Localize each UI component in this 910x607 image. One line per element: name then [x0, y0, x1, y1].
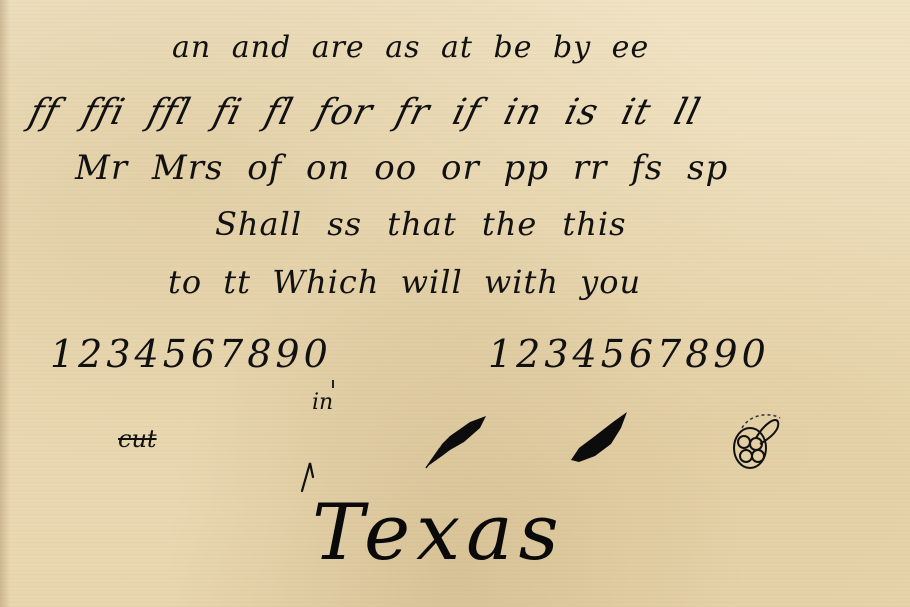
ligature-line-2: ff ffi ffl fi fl for fr if in is it ll: [25, 92, 705, 133]
ligature-line-3: Mr Mrs of on oo or pp rr fs sp: [75, 148, 728, 188]
inserted-word: in: [312, 390, 333, 415]
ligature-line-1: an and are as at be by ee: [172, 30, 649, 65]
numerals-set-2: 1234567890: [488, 332, 770, 376]
ink-blot-icon: [565, 410, 635, 470]
ink-blot-icon: [420, 410, 490, 470]
paper-edge: [0, 0, 10, 607]
numerals-set-1: 1234567890: [50, 332, 332, 376]
insertion-tick: [332, 380, 334, 388]
ligature-line-4: Shall ss that the this: [215, 205, 627, 243]
flourish-ornament-icon: [720, 408, 790, 478]
paper-sheet: an and are as at be by ee ff ffi ffl fi …: [0, 0, 910, 607]
struck-word: cut: [118, 425, 157, 453]
ligature-line-5: to tt Which will with you: [168, 263, 641, 301]
signature-texas: Texas: [312, 488, 565, 578]
